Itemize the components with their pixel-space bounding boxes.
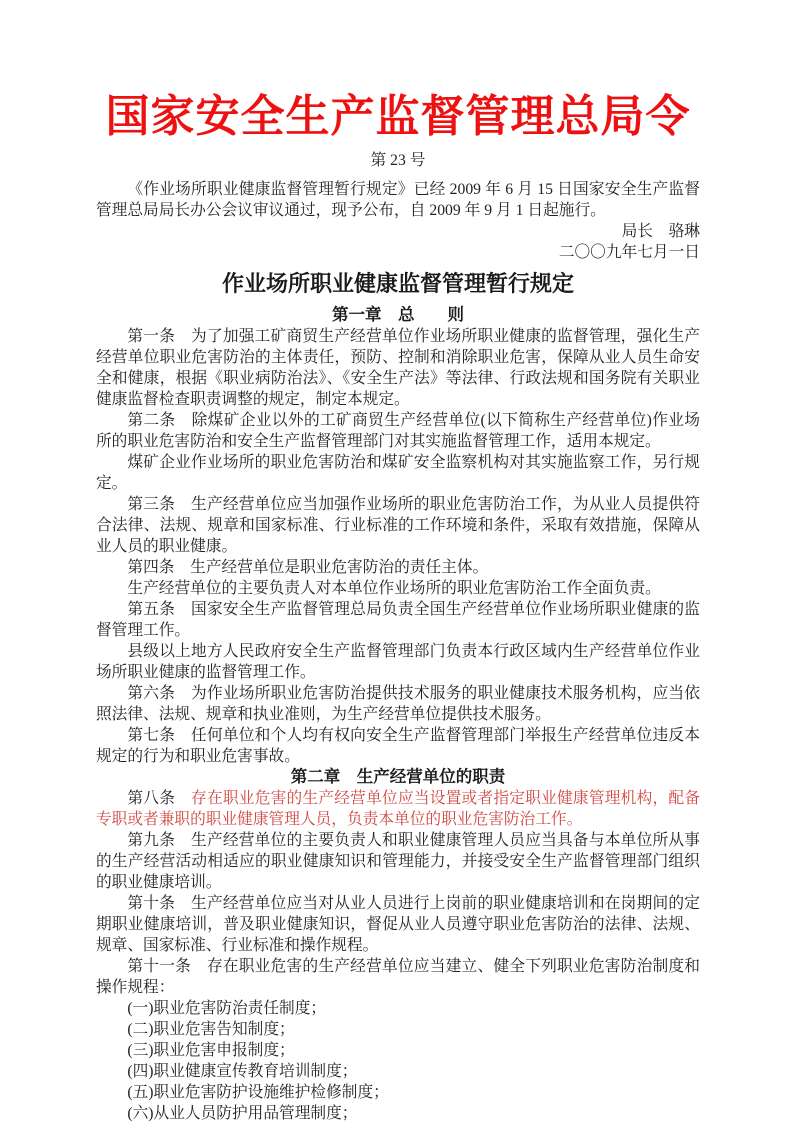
- body-paragraph: (五)职业危害防护设施维护检修制度；: [96, 1082, 700, 1103]
- body-paragraph: 第二条 除煤矿企业以外的工矿商贸生产经营单位(以下简称生产经营单位)作业场所的职…: [96, 410, 700, 452]
- chapter-heading: 第二章 生产经营单位的职责: [96, 767, 700, 788]
- body-paragraph: (三)职业危害申报制度；: [96, 1040, 700, 1061]
- body-paragraph: 县级以上地方人民政府安全生产监督管理部门负责本行政区域内生产经营单位作业场所职业…: [96, 641, 700, 683]
- body-paragraph: 第七条 任何单位和个人均有权向安全生产监督管理部门举报生产经营单位违反本规定的行…: [96, 725, 700, 767]
- body-paragraph: 第四条 生产经营单位是职业危害防治的责任主体。: [96, 557, 700, 578]
- text-run: 第九条 生产经营单位的主要负责人和职业健康管理人员应当具备与本单位所从事的生产经…: [96, 832, 700, 891]
- body-paragraph: 第九条 生产经营单位的主要负责人和职业健康管理人员应当具备与本单位所从事的生产经…: [96, 830, 700, 893]
- body-paragraph: 第五条 国家安全生产监督管理总局负责全国生产经营单位作业场所职业健康的监督管理工…: [96, 599, 700, 641]
- text-run: 第一章 总 则: [332, 306, 464, 324]
- body-paragraph: (一)职业危害防治责任制度；: [96, 998, 700, 1019]
- body-paragraph: 第十条 生产经营单位应当对从业人员进行上岗前的职业健康培训和在岗期间的定期职业健…: [96, 893, 700, 956]
- text-run: (五)职业危害防护设施维护检修制度；: [127, 1084, 388, 1101]
- text-run: 第一条 为了加强工矿商贸生产经营单位作业场所职业健康的监督管理，强化生产经营单位…: [96, 328, 700, 408]
- sign-date: 二〇〇九年七月一日: [96, 242, 700, 263]
- text-run: 第八条: [127, 790, 191, 807]
- text-run: 生产经营单位的主要负责人对本单位作业场所的职业危害防治工作全面负责。: [127, 580, 660, 597]
- text-run: 第四条 生产经营单位是职业危害防治的责任主体。: [127, 559, 488, 576]
- text-run: (二)职业危害告知制度；: [127, 1021, 294, 1038]
- order-title: 国家安全生产监督管理总局令: [96, 88, 700, 145]
- body-paragraph: (二)职业危害告知制度；: [96, 1019, 700, 1040]
- body-paragraph: 第六条 为作业场所职业危害防治提供技术服务的职业健康技术服务机构，应当依照法律、…: [96, 683, 700, 725]
- promulgation-paragraph: 《作业场所职业健康监督管理暂行规定》已经 2009 年 6 月 15 日国家安全…: [96, 179, 700, 221]
- regulation-title: 作业场所职业健康监督管理暂行规定: [96, 269, 700, 299]
- text-run: 第十条 生产经营单位应当对从业人员进行上岗前的职业健康培训和在岗期间的定期职业健…: [96, 895, 700, 954]
- order-number: 第 23 号: [96, 150, 700, 171]
- regulation-body: 第一章 总 则第一条 为了加强工矿商贸生产经营单位作业场所职业健康的监督管理，强…: [96, 305, 700, 1122]
- body-paragraph: 第十一条 存在职业危害的生产经营单位应当建立、健全下列职业危害防治制度和操作规程…: [96, 956, 700, 998]
- text-run: 第七条 任何单位和个人均有权向安全生产监督管理部门举报生产经营单位违反本规定的行…: [96, 727, 700, 765]
- text-run: 县级以上地方人民政府安全生产监督管理部门负责本行政区域内生产经营单位作业场所职业…: [96, 643, 700, 681]
- signer-line: 局长 骆琳: [96, 221, 700, 242]
- text-run: (一)职业危害防治责任制度；: [127, 1000, 326, 1017]
- body-paragraph: 生产经营单位的主要负责人对本单位作业场所的职业危害防治工作全面负责。: [96, 578, 700, 599]
- body-paragraph: (四)职业健康宣传教育培训制度；: [96, 1061, 700, 1082]
- text-run: 第二条 除煤矿企业以外的工矿商贸生产经营单位(以下简称生产经营单位)作业场所的职…: [96, 412, 700, 450]
- chapter-heading: 第一章 总 则: [96, 305, 700, 326]
- text-run: (四)职业健康宣传教育培训制度；: [127, 1063, 357, 1080]
- body-paragraph: 第三条 生产经营单位应当加强作业场所的职业危害防治工作，为从业人员提供符合法律、…: [96, 494, 700, 557]
- text-run: 第十一条 存在职业危害的生产经营单位应当建立、健全下列职业危害防治制度和操作规程…: [96, 958, 700, 996]
- text-run: 煤矿企业作业场所的职业危害防治和煤矿安全监察机构对其实施监察工作，另行规定。: [96, 454, 700, 492]
- text-run: (三)职业危害申报制度；: [127, 1042, 294, 1059]
- body-paragraph: 煤矿企业作业场所的职业危害防治和煤矿安全监察机构对其实施监察工作，另行规定。: [96, 452, 700, 494]
- text-run: (六)从业人员防护用品管理制度；: [127, 1105, 357, 1122]
- document-page: 国家安全生产监督管理总局令 第 23 号 《作业场所职业健康监督管理暂行规定》已…: [0, 0, 793, 1122]
- body-paragraph: 第一条 为了加强工矿商贸生产经营单位作业场所职业健康的监督管理，强化生产经营单位…: [96, 326, 700, 410]
- body-paragraph: (六)从业人员防护用品管理制度；: [96, 1103, 700, 1122]
- text-run: 第二章 生产经营单位的职责: [291, 768, 506, 786]
- text-run: 第三条 生产经营单位应当加强作业场所的职业危害防治工作，为从业人员提供符合法律、…: [96, 496, 700, 555]
- text-run: 第六条 为作业场所职业危害防治提供技术服务的职业健康技术服务机构，应当依照法律、…: [96, 685, 700, 723]
- text-run: 第五条 国家安全生产监督管理总局负责全国生产经营单位作业场所职业健康的监督管理工…: [96, 601, 700, 639]
- body-paragraph: 第八条 存在职业危害的生产经营单位应当设置或者指定职业健康管理机构，配备专职或者…: [96, 788, 700, 830]
